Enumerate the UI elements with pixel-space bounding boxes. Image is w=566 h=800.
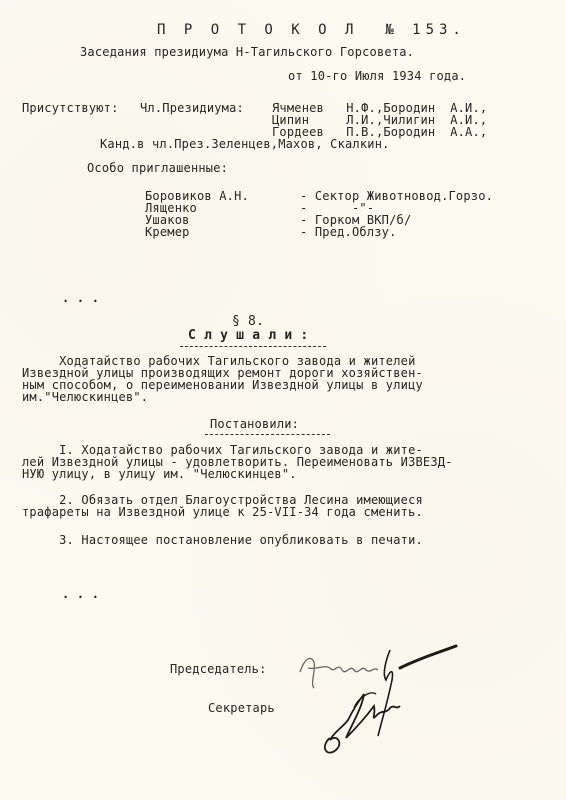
document-title: П Р О Т О К О Л № 153. xyxy=(157,24,466,36)
ellipsis: . . . xyxy=(62,588,99,600)
chairman-label: Председатель: xyxy=(170,663,267,675)
section-number: § 8. xyxy=(232,316,264,328)
resolution-line: трафареты на Извездной улице к 25-VII-34… xyxy=(22,506,423,518)
heard-label: С л у ш а л и : xyxy=(188,330,308,342)
presidium-label: Чл.Президиума: xyxy=(140,102,244,114)
heard-underline xyxy=(180,346,326,347)
candidates-line: Канд.в чл.През.Зеленцев,Махов, Скалкин. xyxy=(100,138,390,150)
present-label: Присутствуют: xyxy=(22,102,119,114)
resolution-line: НУЮ улицу, в улицу им. "Челюскинцев". xyxy=(22,468,297,480)
document-date: от 10-го Июля 1934 года. xyxy=(288,70,466,82)
heard-text-line: им."Челюскинцев". xyxy=(22,391,148,403)
resolved-underline xyxy=(205,434,330,435)
secretary-signature-icon xyxy=(318,680,428,760)
document-page: П Р О Т О К О Л № 153. Заседания президи… xyxy=(0,0,566,800)
resolution-line: 3. Настоящее постановление опубликовать … xyxy=(22,534,423,546)
secretary-label: Секретарь xyxy=(208,702,275,714)
invited-label: Особо приглашенные: xyxy=(87,162,228,174)
document-subtitle: Заседания президиума Н-Тагильского Горсо… xyxy=(80,46,414,58)
resolved-label: Постановили: xyxy=(210,418,299,430)
invited-role: - Пред.Облзу. xyxy=(300,226,397,238)
ellipsis: . . . xyxy=(62,292,99,304)
invited-name: Кремер xyxy=(145,226,190,238)
